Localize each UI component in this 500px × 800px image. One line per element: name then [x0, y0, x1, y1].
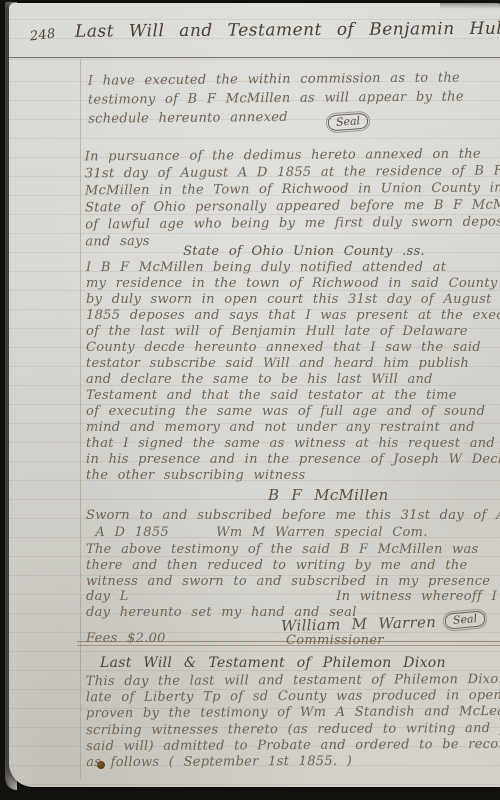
- handwritten-text-line: of executing the same was of full age an…: [86, 404, 491, 420]
- handwritten-text-line: Testament and that the said testator at …: [86, 388, 491, 404]
- page-number: 248: [29, 26, 56, 44]
- section-divider-rule: [77, 641, 500, 646]
- signature-bf-mcmillen: B F McMillen: [268, 486, 389, 504]
- scanned-will-record-page: { "colors":{"paper":"#d9d8d3","ink":"#6f…: [0, 0, 500, 800]
- top-edge-shadow: [440, 3, 500, 9]
- handwritten-text-line: as follows ( September 1st 1855. ): [86, 753, 500, 772]
- record-title-benjamin-hull: Last Will and Testament of Benjamin Hull…: [75, 18, 500, 42]
- ink-blot: [97, 761, 105, 769]
- handwritten-text-line: said will) admitted to Probate and order…: [86, 737, 500, 756]
- handwritten-text-line: there and then reduced to writing by me …: [86, 558, 486, 574]
- handwritten-text-line: in his presence and in the presence of J…: [86, 452, 491, 468]
- signature-william-warren: William M Warren: [281, 613, 437, 635]
- seal-stamp: Seal: [327, 113, 368, 132]
- margin-line: [80, 59, 81, 779]
- handwritten-text-line: testator subscribe said Will and heard h…: [86, 356, 491, 372]
- handwritten-text-line: Sworn to and subscribed before me this 3…: [86, 507, 496, 524]
- seal-stamp-2: Seal: [444, 610, 485, 629]
- handwritten-text-line: schedule hereunto annexed: [88, 106, 470, 128]
- handwritten-text-line: A D 1855 Wm M Warren special Com.: [86, 524, 496, 541]
- header-rule: [9, 57, 500, 58]
- handwritten-text-line: County decde hereunto annexed that I saw…: [86, 340, 491, 356]
- handwritten-text-line: my residence in the town of Richwood in …: [86, 276, 491, 292]
- handwritten-text-line: The above testimony of the said B F McMi…: [86, 542, 486, 558]
- handwritten-text-line: I B F McMillen being duly notified atten…: [86, 260, 491, 276]
- handwritten-text-line: witness and sworn to and subscribed in m…: [86, 574, 486, 590]
- dixon-probate-paragraph: This day the last will and testament of …: [86, 672, 500, 772]
- handwritten-text-line: testimony of B F McMillen as will appear…: [88, 87, 470, 109]
- handwritten-text-line: by duly sworn in open court this 31st da…: [86, 292, 491, 308]
- venue-heading: State of Ohio Union County .ss.: [109, 244, 499, 259]
- certification-paragraph: I have executed the within commission as…: [88, 68, 470, 128]
- handwritten-text-line: of lawful age who being by me first duly…: [85, 214, 485, 234]
- handwritten-text-line: that I signed the same as witness at his…: [86, 436, 491, 452]
- deposition-paragraph: I B F McMillen being duly notified atten…: [86, 260, 491, 484]
- handwritten-text-line: of the last will of Benjamin Hull late o…: [86, 324, 491, 340]
- ledger-paper: 248 Last Will and Testament of Benjamin …: [9, 3, 500, 787]
- handwritten-text-line: scribing witnesses thereto (as reduced t…: [86, 720, 500, 739]
- handwritten-text-line: proven by the testimony of Wm A Standish…: [86, 704, 500, 723]
- handwritten-text-line: mind and memory and not under any restra…: [86, 420, 491, 436]
- handwritten-text-line: the other subscribing witness: [86, 468, 491, 484]
- handwritten-text-line: day L In witness whereoff I have on same: [86, 589, 486, 605]
- handwritten-text-line: 1855 deposes and says that I was present…: [86, 308, 491, 324]
- handwritten-text-line: and declare the same to be his last Will…: [86, 372, 491, 388]
- record-title-philemon-dixon: Last Will & Testament of Philemon Dixon: [100, 655, 446, 671]
- pursuance-paragraph: In pursuance of the dedimus hereto annex…: [85, 146, 486, 251]
- closing-paragraph: The above testimony of the said B F McMi…: [86, 542, 486, 621]
- jurat-paragraph: Sworn to and subscribed before me this 3…: [86, 507, 496, 541]
